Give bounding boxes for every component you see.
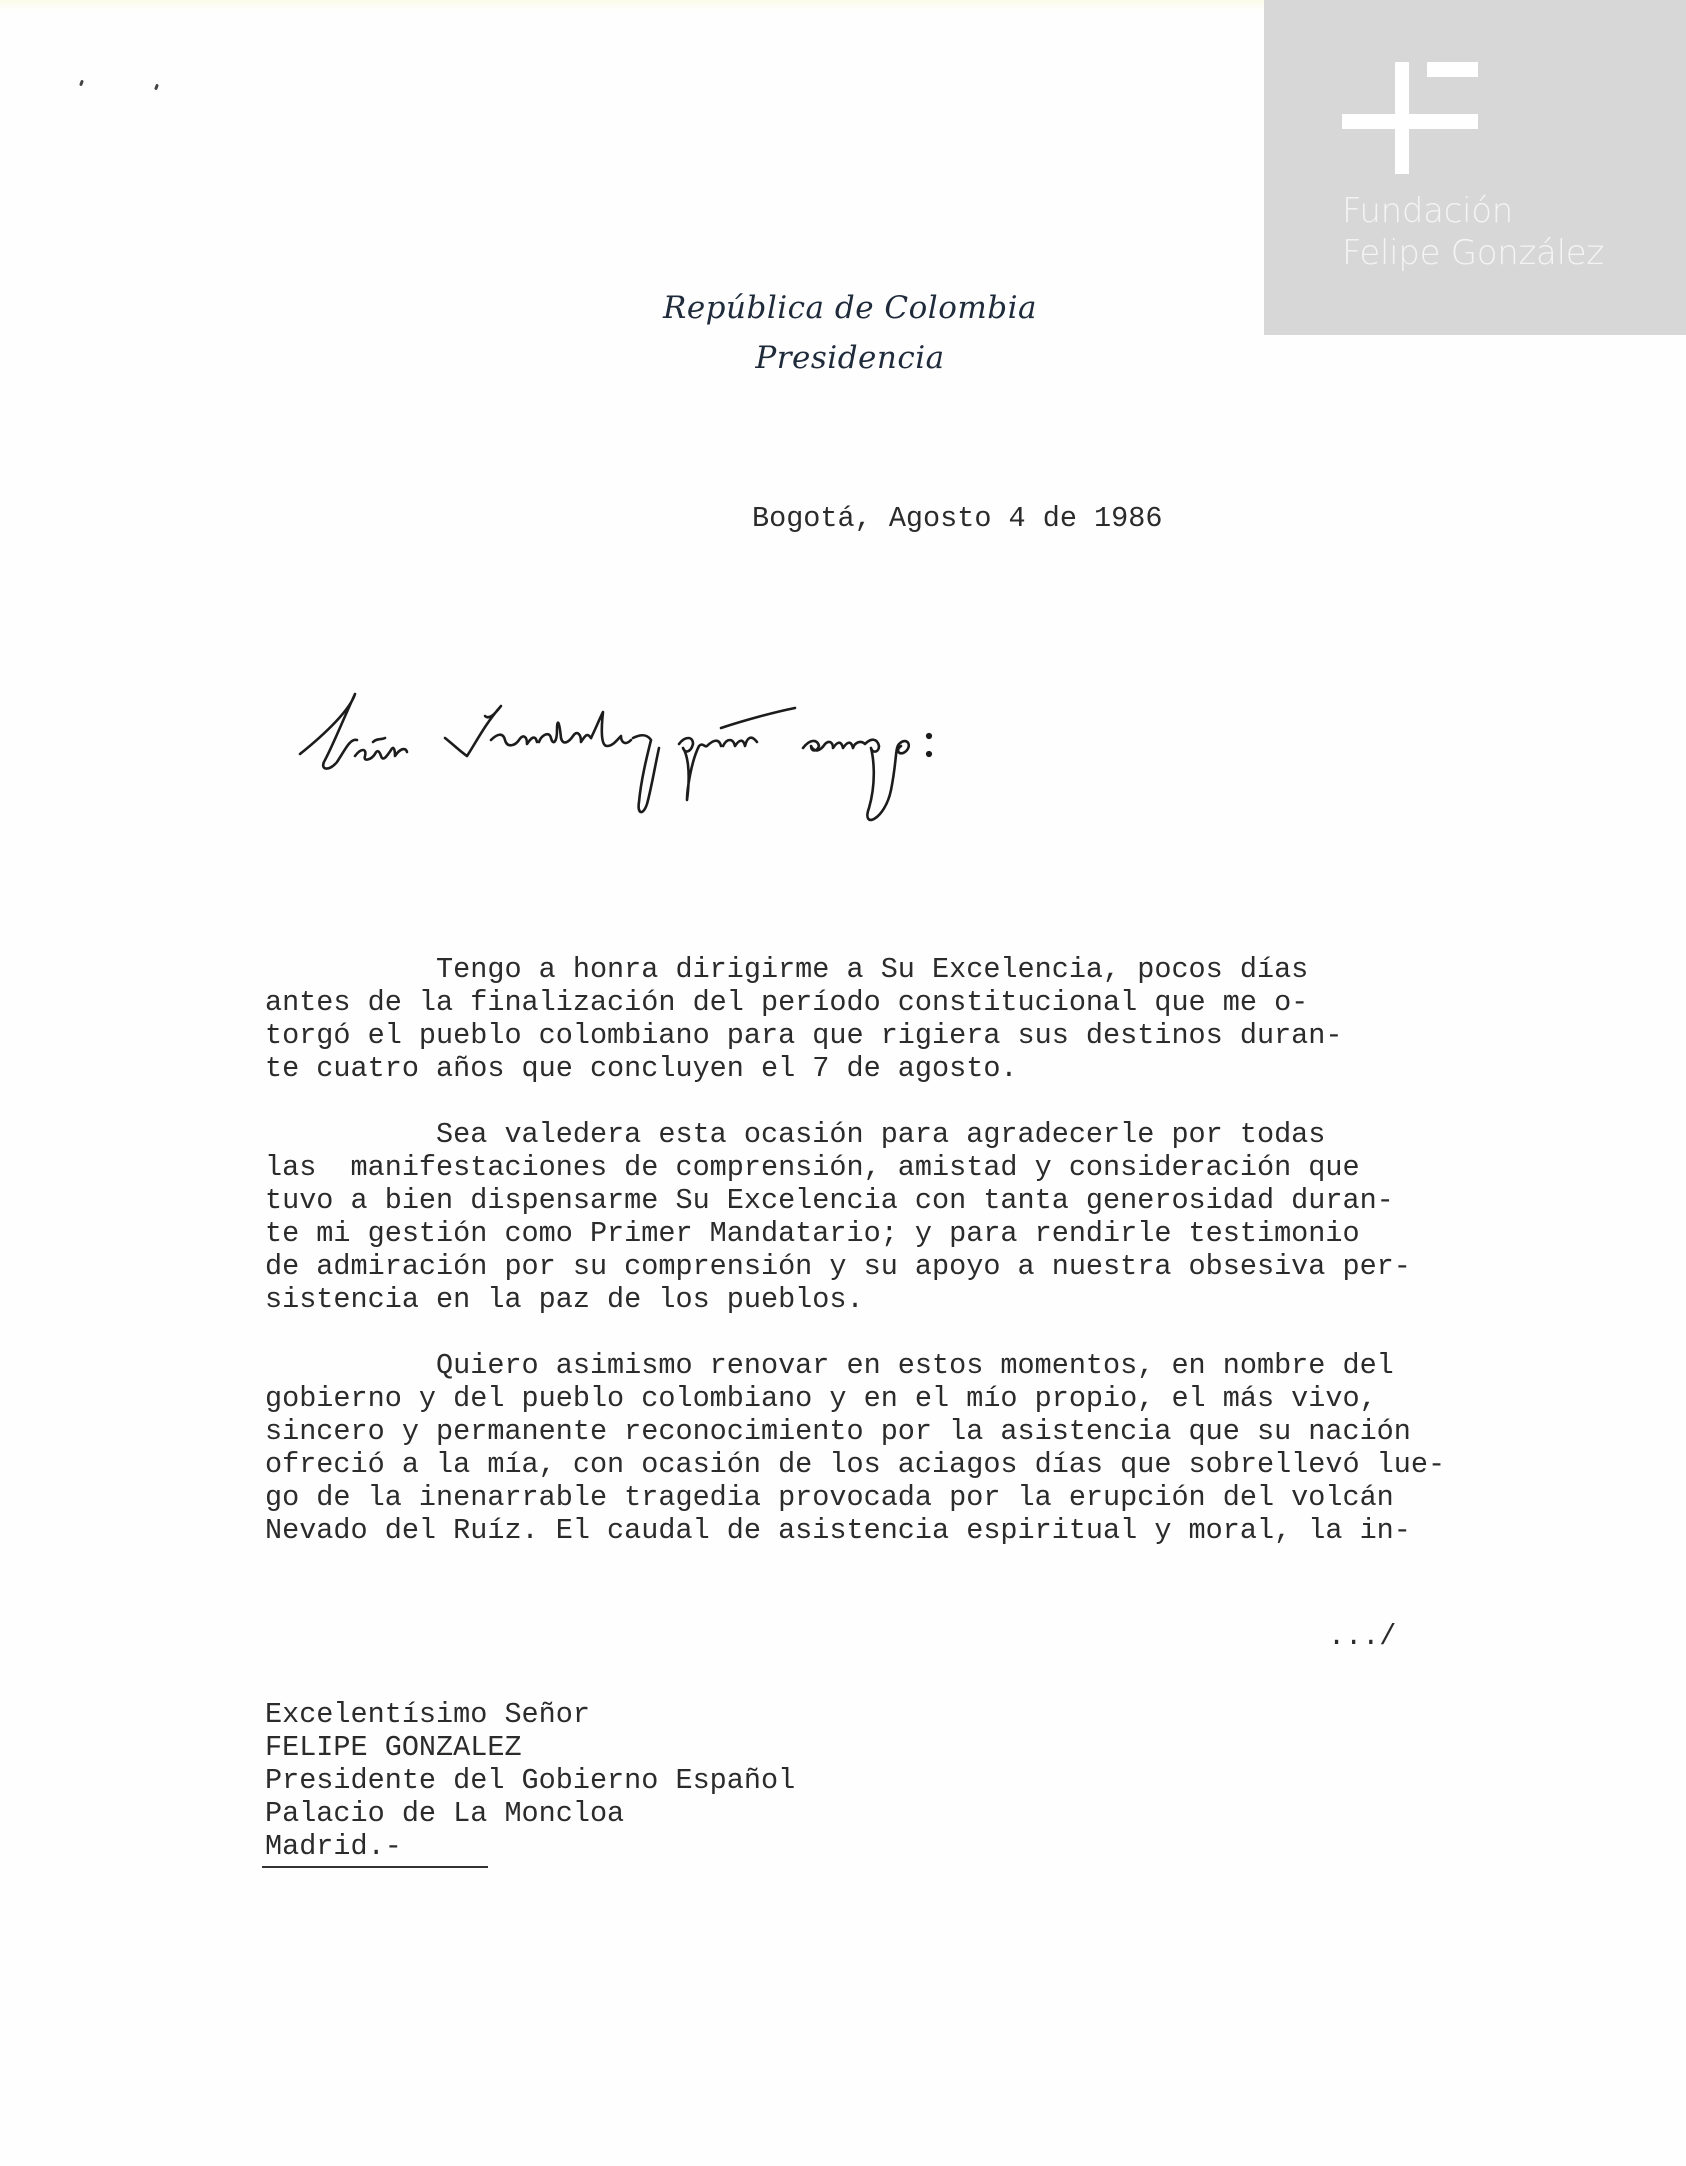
text-line: Nevado del Ruíz. El caudal de asistencia… bbox=[265, 1514, 1445, 1547]
handwriting-strokes bbox=[295, 690, 1095, 840]
text-line: de admiración por su comprensión y su ap… bbox=[265, 1250, 1445, 1283]
paper-edge-tint bbox=[0, 0, 1264, 10]
text-line: te cuatro años que concluyen el 7 de ago… bbox=[265, 1052, 1445, 1085]
scan-speck bbox=[79, 80, 84, 87]
letter-body: Tengo a honra dirigirme a Su Excelencia,… bbox=[265, 953, 1445, 1580]
text-line: tuvo a bien dispensarme Su Excelencia co… bbox=[265, 1184, 1445, 1217]
text-line: gobierno y del pueblo colombiano y en el… bbox=[265, 1382, 1445, 1415]
paragraph-1: Tengo a honra dirigirme a Su Excelencia,… bbox=[265, 953, 1445, 1085]
text-line: Sea valedera esta ocasión para agradecer… bbox=[265, 1118, 1445, 1151]
continuation-mark: .../ bbox=[1328, 1620, 1396, 1653]
handwritten-salutation bbox=[295, 690, 1095, 840]
paragraph-3: Quiero asimismo renovar en estos momento… bbox=[265, 1349, 1445, 1547]
text-line: sincero y permanente reconocimiento por … bbox=[265, 1415, 1445, 1448]
letter-date: Bogotá, Agosto 4 de 1986 bbox=[752, 502, 1162, 535]
foundation-name: Fundación Felipe González bbox=[1342, 190, 1604, 274]
fundacion-cross-logo-icon bbox=[1342, 62, 1482, 174]
scan-speck bbox=[154, 84, 159, 91]
address-city: Madrid.- bbox=[265, 1830, 795, 1863]
foundation-name-line1: Fundación bbox=[1342, 190, 1604, 232]
text-line: te mi gestión como Primer Mandatario; y … bbox=[265, 1217, 1445, 1250]
letterhead-republic: República de Colombia bbox=[640, 285, 1060, 331]
text-line: las manifestaciones de comprensión, amis… bbox=[265, 1151, 1445, 1184]
recipient-address: Excelentísimo Señor FELIPE GONZALEZ Pres… bbox=[265, 1698, 795, 1863]
address-title: Presidente del Gobierno Español bbox=[265, 1764, 795, 1797]
foundation-watermark: Fundación Felipe González bbox=[1264, 0, 1686, 335]
address-salutation: Excelentísimo Señor bbox=[265, 1698, 795, 1731]
text-line: ofreció a la mía, con ocasión de los aci… bbox=[265, 1448, 1445, 1481]
letterhead: República de Colombia Presidencia bbox=[640, 285, 1060, 381]
text-line: sistencia en la paz de los pueblos. bbox=[265, 1283, 1445, 1316]
text-line: Quiero asimismo renovar en estos momento… bbox=[265, 1349, 1445, 1382]
foundation-name-line2: Felipe González bbox=[1342, 232, 1604, 274]
paragraph-2: Sea valedera esta ocasión para agradecer… bbox=[265, 1118, 1445, 1316]
address-building: Palacio de La Moncloa bbox=[265, 1797, 795, 1830]
letterhead-presidency: Presidencia bbox=[640, 335, 1060, 381]
address-name: FELIPE GONZALEZ bbox=[265, 1731, 795, 1764]
address-underline bbox=[262, 1866, 488, 1868]
text-line: go de la inenarrable tragedia provocada … bbox=[265, 1481, 1445, 1514]
text-line: Tengo a honra dirigirme a Su Excelencia,… bbox=[265, 953, 1445, 986]
text-line: antes de la finalización del período con… bbox=[265, 986, 1445, 1019]
text-line: torgó el pueblo colombiano para que rigi… bbox=[265, 1019, 1445, 1052]
